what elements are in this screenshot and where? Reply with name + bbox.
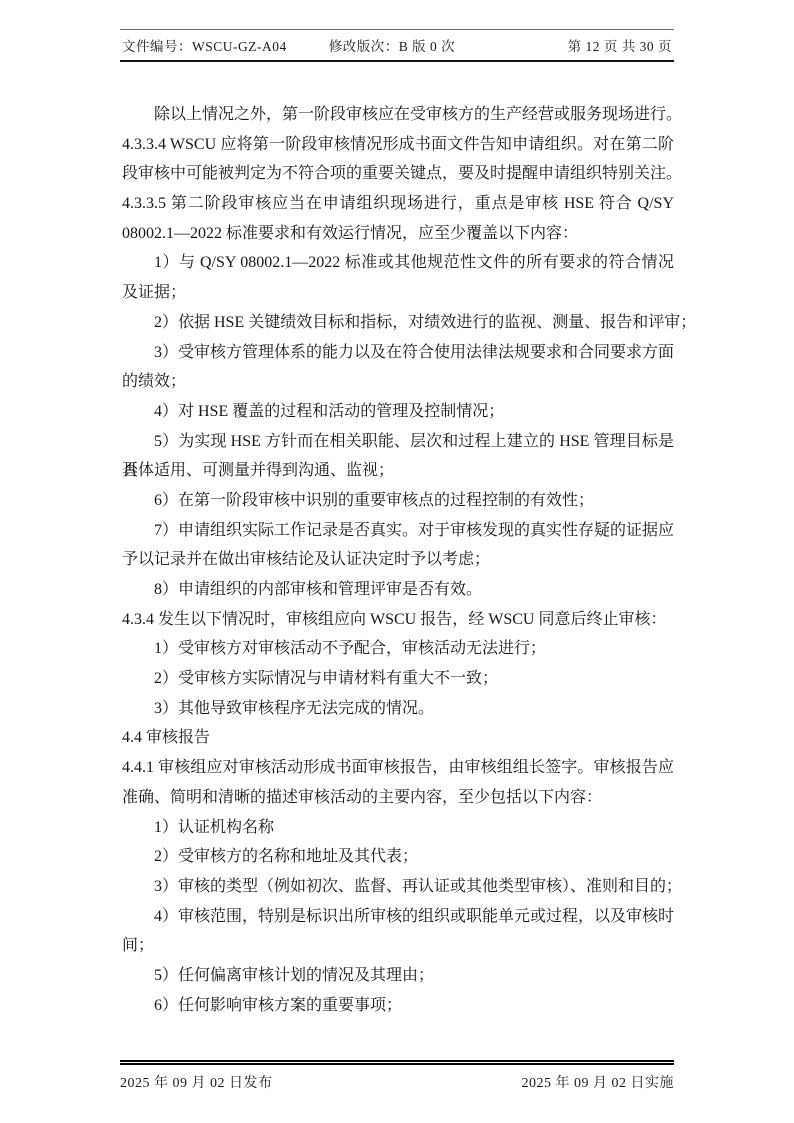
page-header: 文件编号：WSCU-GZ-A04 修改版次：B 版 0 次 第 12 页 共 3… bbox=[120, 29, 674, 62]
document-page: 文件编号：WSCU-GZ-A04 修改版次：B 版 0 次 第 12 页 共 3… bbox=[0, 0, 794, 1123]
body-line: 6）任何影响审核方案的重要事项； bbox=[122, 991, 674, 1021]
body-line: 间； bbox=[122, 931, 674, 961]
body-line: 的绩效； bbox=[122, 367, 674, 397]
body-line: 4.3.4 发生以下情况时，审核组应向 WSCU 报告，经 WSCU 同意后终止… bbox=[122, 605, 674, 635]
body-line: 1）认证机构名称 bbox=[122, 813, 674, 843]
header-page-info: 第 12 页 共 30 页 bbox=[568, 35, 672, 55]
body-line: 4.4 审核报告 bbox=[122, 723, 674, 753]
body-line: 准确、简明和清晰的描述审核活动的主要内容，至少包括以下内容： bbox=[122, 783, 674, 813]
page-footer: 2025 年 09 月 02 日发布 2025 年 09 月 02 日实施 bbox=[120, 1060, 674, 1092]
body-line: 2）依据 HSE 关键绩效目标和指标，对绩效进行的监视、测量、报告和评审； bbox=[122, 308, 674, 338]
header-version: 修改版次：B 版 0 次 bbox=[329, 35, 455, 55]
footer-release-date: 2025 年 09 月 02 日发布 bbox=[120, 1072, 273, 1092]
body-line: 具体适用、可测量并得到沟通、监视； bbox=[122, 456, 674, 486]
body-line: 4）审核范围，特别是标识出所审核的组织或职能单元或过程，以及审核时 bbox=[122, 902, 674, 932]
body-line: 3）受审核方管理体系的能力以及在符合使用法律法规要求和合同要求方面 bbox=[122, 338, 674, 368]
body-line: 及证据； bbox=[122, 278, 674, 308]
body-line: 4.4.1 审核组应对审核活动形成书面审核报告，由审核组组长签字。审核报告应 bbox=[122, 753, 674, 783]
body-line: 5）为实现 HSE 方针而在相关职能、层次和过程上建立的 HSE 管理目标是否 bbox=[122, 427, 674, 457]
body-line: 08002.1—2022 标准要求和有效运行情况，应至少覆盖以下内容： bbox=[122, 219, 674, 249]
body-line: 1）与 Q/SY 08002.1—2022 标准或其他规范性文件的所有要求的符合… bbox=[122, 248, 674, 278]
body-line: 2）受审核方的名称和地址及其代表； bbox=[122, 842, 674, 872]
body-line: 3）其他导致审核程序无法完成的情况。 bbox=[122, 694, 674, 724]
body-line: 5）任何偏离审核计划的情况及其理由； bbox=[122, 961, 674, 991]
body-line: 7）申请组织实际工作记录是否真实。对于审核发现的真实性存疑的证据应 bbox=[122, 516, 674, 546]
body-line: 段审核中可能被判定为不符合项的重要关键点，要及时提醒申请组织特别关注。 bbox=[122, 159, 674, 189]
body-line: 4.3.3.4 WSCU 应将第一阶段审核情况形成书面文件告知申请组织。对在第二… bbox=[122, 130, 674, 160]
body-line: 4.3.3.5 第二阶段审核应当在申请组织现场进行，重点是审核 HSE 符合 Q… bbox=[122, 189, 674, 219]
body-line: 4）对 HSE 覆盖的过程和活动的管理及控制情况； bbox=[122, 397, 674, 427]
document-body: 除以上情况之外，第一阶段审核应在受审核方的生产经营或服务现场进行。4.3.3.4… bbox=[122, 100, 674, 1020]
body-line: 予以记录并在做出审核结论及认证决定时予以考虑； bbox=[122, 545, 674, 575]
body-line: 8）申请组织的内部审核和管理评审是否有效。 bbox=[122, 575, 674, 605]
body-line: 除以上情况之外，第一阶段审核应在受审核方的生产经营或服务现场进行。 bbox=[122, 100, 674, 130]
header-doc-number: 文件编号：WSCU-GZ-A04 bbox=[122, 35, 287, 55]
body-line: 1）受审核方对审核活动不予配合，审核活动无法进行； bbox=[122, 634, 674, 664]
body-line: 6）在第一阶段审核中识别的重要审核点的过程控制的有效性； bbox=[122, 486, 674, 516]
body-line: 3）审核的类型（例如初次、监督、再认证或其他类型审核）、准则和目的； bbox=[122, 872, 674, 902]
footer-implement-date: 2025 年 09 月 02 日实施 bbox=[522, 1072, 675, 1092]
body-line: 2）受审核方实际情况与申请材料有重大不一致； bbox=[122, 664, 674, 694]
